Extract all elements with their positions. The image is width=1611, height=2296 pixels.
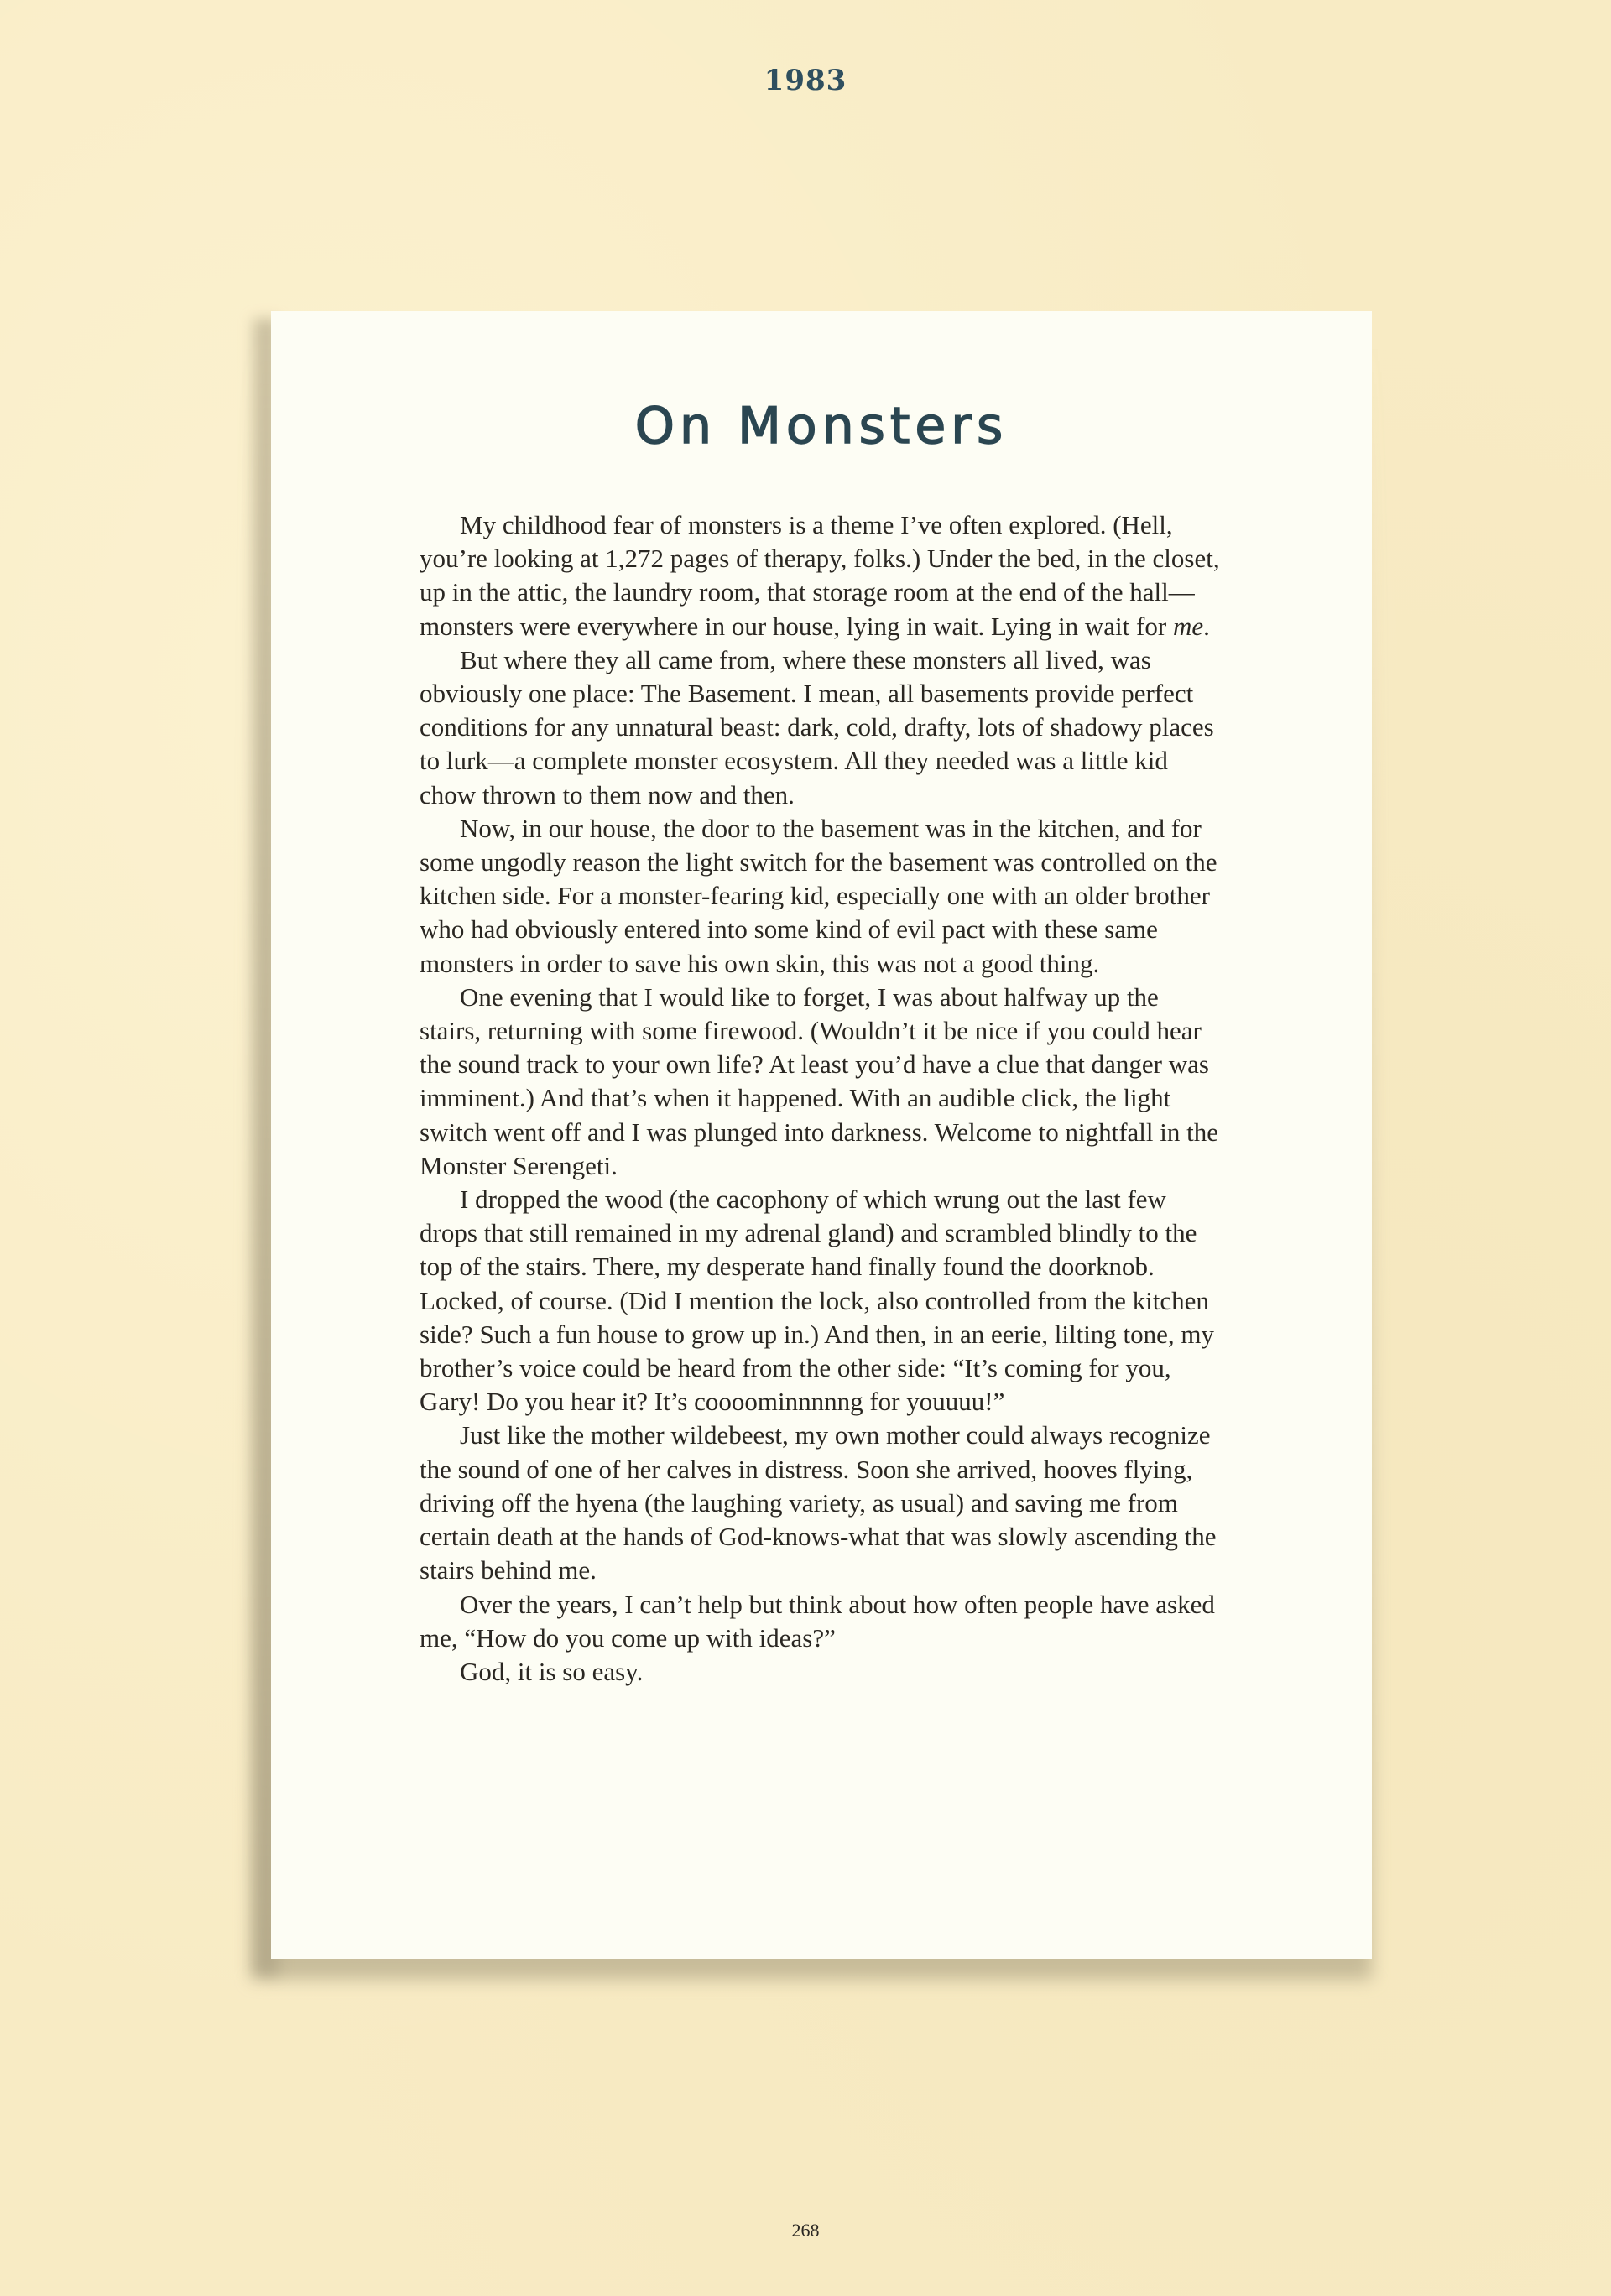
- paragraph-2: But where they all came from, where thes…: [420, 643, 1225, 812]
- paragraph-8: God, it is so easy.: [420, 1655, 1225, 1689]
- paragraph-4: One evening that I would like to forget,…: [420, 981, 1225, 1183]
- year-heading: 1983: [0, 64, 1611, 97]
- paragraph-5: I dropped the wood (the cacophony of whi…: [420, 1183, 1225, 1419]
- article-title: On Monsters: [271, 397, 1372, 456]
- paragraph-1-text: My childhood fear of monsters is a theme…: [420, 510, 1220, 641]
- paragraph-7: Over the years, I can’t help but think a…: [420, 1588, 1225, 1655]
- article-card: On Monsters My childhood fear of monster…: [271, 311, 1372, 1959]
- paragraph-1: My childhood fear of monsters is a theme…: [420, 508, 1225, 643]
- paragraph-6: Just like the mother wildebeest, my own …: [420, 1419, 1225, 1587]
- paragraph-1-emphasis: me: [1173, 612, 1203, 641]
- page-number: 268: [0, 2220, 1611, 2241]
- article-body: My childhood fear of monsters is a theme…: [420, 508, 1225, 1689]
- paragraph-1-end: .: [1203, 612, 1210, 641]
- paragraph-3: Now, in our house, the door to the basem…: [420, 812, 1225, 981]
